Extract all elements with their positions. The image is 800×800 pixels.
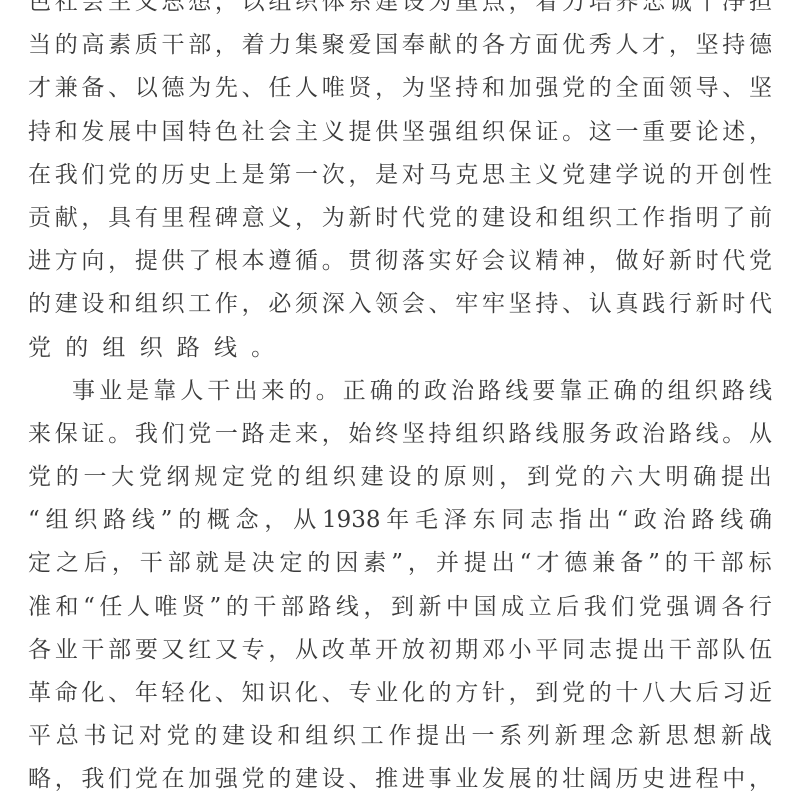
glyph: ， (749, 758, 772, 800)
glyph: 对 (139, 715, 162, 758)
glyph: 保 (55, 413, 78, 456)
glyph: 做 (615, 240, 638, 283)
glyph: 平 (28, 715, 51, 758)
glyph: 则 (472, 456, 495, 499)
glyph: 专 (348, 672, 371, 715)
glyph: 。 (322, 240, 345, 283)
glyph: 路 (722, 370, 745, 413)
glyph: 同 (501, 499, 524, 542)
glyph: 和 (277, 715, 300, 758)
glyph: 略 (28, 758, 51, 800)
glyph: 部 (188, 24, 211, 67)
glyph: 化 (295, 672, 318, 715)
glyph: 党 (639, 586, 662, 629)
glyph: 党 (28, 327, 65, 370)
glyph: 坚 (749, 67, 772, 110)
glyph: 八 (642, 672, 665, 715)
glyph: 理 (582, 715, 605, 758)
glyph: 平 (535, 629, 558, 672)
glyph: 轻 (162, 672, 185, 715)
glyph: 干 (162, 24, 185, 67)
glyph: 组 (668, 370, 691, 413)
glyph: 性 (749, 154, 772, 197)
glyph: 部 (696, 629, 719, 672)
glyph: 国 (375, 24, 398, 67)
glyph: 素 (108, 24, 131, 67)
glyph: 、 (215, 672, 238, 715)
glyph: 我 (55, 154, 78, 197)
glyph: 路 (691, 499, 714, 542)
glyph: 德 (162, 67, 185, 110)
glyph: 期 (455, 629, 478, 672)
glyph: ， (322, 413, 345, 456)
glyph: 建 (482, 197, 505, 240)
glyph: 干 (696, 0, 719, 24)
glyph: 德 (749, 24, 772, 67)
glyph: 系 (348, 0, 371, 24)
glyph: 党 (28, 456, 51, 499)
glyph: 前 (749, 197, 772, 240)
glyph: 来 (295, 413, 318, 456)
glyph: 强 (215, 758, 238, 800)
glyph: 持 (535, 283, 558, 326)
glyph: 识 (268, 672, 291, 715)
glyph: 聚 (322, 24, 345, 67)
glyph: 人 (295, 67, 318, 110)
glyph: 确 (749, 499, 772, 542)
text-line: 色社会主义思想，以组织体系建设为重点，着力培养忠诚干净担 (28, 0, 772, 24)
glyph: 的 (226, 586, 249, 629)
glyph: 化 (81, 672, 104, 715)
glyph: 史 (188, 154, 211, 197)
glyph: 好 (455, 240, 478, 283)
glyph: 从 (295, 629, 318, 672)
glyph: 建 (589, 154, 612, 197)
glyph: 碑 (215, 197, 238, 240)
glyph: 展 (509, 758, 532, 800)
glyph: 党 (749, 240, 772, 283)
glyph: 务 (589, 413, 612, 456)
text-line-paragraph-end: 党的组织路线。 (28, 327, 772, 370)
glyph: 社 (242, 111, 265, 154)
glyph: 我 (135, 413, 158, 456)
glyph: “ (83, 586, 95, 629)
glyph: 供 (162, 240, 185, 283)
glyph: 路 (478, 370, 501, 413)
glyph: 一 (472, 715, 495, 758)
text-line: 才兼备、以德为先、任人唯贤，为坚持和加强党的全面领导、坚 (28, 67, 772, 110)
glyph: 保 (509, 111, 532, 154)
glyph: 设 (322, 758, 345, 800)
glyph: 干 (140, 542, 163, 585)
glyph: 是 (224, 542, 247, 585)
glyph: 了 (722, 197, 745, 240)
glyph: 第 (268, 154, 291, 197)
glyph: ， (363, 586, 386, 629)
glyph: ， (242, 283, 265, 326)
glyph: 点 (482, 0, 505, 24)
glyph: 织 (333, 456, 356, 499)
text-line: 革命化、年轻化、知识化、专业化的方针，到党的十八大后习近 (28, 672, 772, 715)
glyph: ， (55, 758, 78, 800)
glyph: 在 (162, 758, 185, 800)
glyph: 的 (277, 456, 300, 499)
glyph: 行 (749, 586, 772, 629)
glyph: 大 (111, 456, 134, 499)
glyph: 发 (81, 111, 104, 154)
text-line: “组织路线”的概念，从1938年毛泽东同志指出“政治路线确 (28, 499, 772, 542)
glyph: 唯 (322, 67, 345, 110)
glyph: 泽 (444, 499, 467, 542)
glyph: 忠 (642, 0, 665, 24)
glyph: 记 (111, 715, 134, 758)
glyph: 列 (527, 715, 550, 758)
glyph: 组 (305, 715, 328, 758)
glyph: 党 (555, 456, 578, 499)
glyph: 线 (132, 499, 155, 542)
glyph: 重 (455, 0, 478, 24)
glyph: 会 (268, 111, 291, 154)
glyph: 贤 (348, 67, 371, 110)
glyph: 的 (194, 715, 217, 758)
glyph: 织 (162, 283, 185, 326)
glyph: 想 (188, 0, 211, 24)
glyph: 和 (108, 283, 131, 326)
glyph: 面 (642, 67, 665, 110)
glyph: 里 (162, 197, 185, 240)
glyph: 指 (669, 197, 692, 240)
glyph: ， (509, 0, 532, 24)
text-line: 在我们党的历史上是第一次，是对马克思主义党建学说的开创性 (28, 154, 772, 197)
glyph: 部 (721, 542, 744, 585)
glyph: 志 (530, 499, 553, 542)
glyph: 的 (669, 154, 692, 197)
glyph: 养 (615, 0, 638, 24)
glyph: 唯 (154, 586, 177, 629)
glyph: 工 (188, 283, 211, 326)
glyph: 建 (295, 758, 318, 800)
glyph: 出 (588, 499, 611, 542)
glyph: 路 (669, 413, 692, 456)
glyph: 伍 (749, 629, 772, 672)
glyph: 我 (81, 758, 104, 800)
glyph: 人 (180, 370, 203, 413)
glyph: 织 (140, 327, 177, 370)
glyph: 根 (215, 240, 238, 283)
glyph: “ (520, 542, 532, 585)
glyph: 史 (642, 758, 665, 800)
glyph: 织 (482, 413, 505, 456)
glyph: 德 (564, 542, 587, 585)
glyph: ， (375, 67, 398, 110)
glyph: 设 (250, 715, 273, 758)
glyph: ， (295, 197, 318, 240)
glyph: 的 (535, 758, 558, 800)
glyph: 政 (424, 370, 447, 413)
glyph: 集 (295, 24, 318, 67)
glyph: ” (648, 542, 660, 585)
glyph: 的 (307, 542, 330, 585)
glyph: 、 (348, 758, 371, 800)
glyph: 组 (562, 197, 585, 240)
glyph: 方 (509, 24, 532, 67)
glyph: 党 (108, 154, 131, 197)
glyph: 秀 (589, 24, 612, 67)
glyph: ， (112, 542, 135, 585)
glyph: 靠 (559, 370, 582, 413)
glyph: 行 (669, 283, 692, 326)
glyph: 践 (642, 283, 665, 326)
glyph: 毛 (415, 499, 438, 542)
text-line: 贡献，具有里程碑意义，为新时代党的建设和组织工作指明了前 (28, 197, 772, 240)
glyph: 为 (429, 0, 452, 24)
glyph: 初 (429, 629, 452, 672)
glyph: 大 (669, 672, 692, 715)
glyph: 会 (402, 283, 425, 326)
glyph: 和 (56, 586, 79, 629)
glyph: 开 (696, 154, 719, 197)
glyph: 的 (641, 370, 664, 413)
glyph: 线 (505, 370, 528, 413)
glyph: 要 (532, 370, 555, 413)
glyph: 进 (28, 240, 51, 283)
glyph: 义 (268, 197, 291, 240)
glyph: “ (616, 499, 628, 542)
glyph: 说 (642, 154, 665, 197)
glyph: 任 (99, 586, 122, 629)
glyph: 提 (348, 111, 371, 154)
glyph: 党 (562, 67, 585, 110)
glyph: 治 (642, 413, 665, 456)
glyph: 素 (363, 542, 386, 585)
glyph: 。 (562, 111, 585, 154)
glyph: 进 (669, 758, 692, 800)
glyph: 到 (535, 672, 558, 715)
glyph: 色 (28, 0, 51, 24)
glyph: 领 (669, 67, 692, 110)
glyph: 东 (473, 499, 496, 542)
glyph: 党 (135, 758, 158, 800)
glyph: 路 (242, 413, 265, 456)
glyph: 之 (56, 542, 79, 585)
glyph: 线 (749, 370, 772, 413)
glyph: 进 (402, 758, 425, 800)
glyph: 加 (509, 67, 532, 110)
glyph: ” (161, 499, 173, 542)
glyph: 年 (135, 672, 158, 715)
glyph: 社 (55, 0, 78, 24)
glyph: 贯 (348, 240, 371, 283)
glyph: 新 (555, 715, 578, 758)
glyph: 这 (589, 111, 612, 154)
glyph: 决 (252, 542, 275, 585)
glyph: 事 (72, 370, 95, 413)
glyph: 化 (402, 672, 425, 715)
glyph: 我 (584, 586, 607, 629)
glyph: 的 (589, 672, 612, 715)
glyph: 服 (562, 413, 585, 456)
glyph: 坚 (402, 413, 425, 456)
glyph: 的 (416, 456, 439, 499)
glyph: 意 (242, 197, 265, 240)
glyph: 提 (416, 715, 439, 758)
text-line-paragraph-start: 事业是靠人干出来的。正确的政治路线要靠正确的组织路线 (28, 370, 772, 413)
glyph: 代 (749, 283, 772, 326)
glyph: 议 (509, 240, 532, 283)
document-page: 色社会主义思想，以组织体系建设为重点，着力培养忠诚干净担 当的高素质干部，着力集… (0, 0, 800, 800)
glyph: 革 (348, 629, 371, 672)
glyph: ， (81, 197, 104, 240)
glyph: 新 (696, 283, 719, 326)
glyph: 精 (535, 240, 558, 283)
glyph: 主 (509, 154, 532, 197)
glyph: 小 (509, 629, 532, 672)
glyph: 论 (696, 111, 719, 154)
glyph: 改 (322, 629, 345, 672)
glyph: 重 (642, 111, 665, 154)
glyph: 走 (268, 413, 291, 456)
glyph: 干 (81, 629, 104, 672)
glyph: 工 (615, 197, 638, 240)
glyph: 历 (615, 758, 638, 800)
glyph: 思 (162, 0, 185, 24)
glyph: 强 (535, 67, 558, 110)
glyph: 并 (436, 542, 459, 585)
glyph: 定 (279, 542, 302, 585)
glyph: 路 (103, 499, 126, 542)
glyph: 国 (474, 586, 497, 629)
glyph: ” (209, 586, 221, 629)
glyph: 质 (135, 24, 158, 67)
glyph: 干 (669, 629, 692, 672)
glyph: 设 (81, 283, 104, 326)
glyph: 干 (693, 542, 716, 585)
glyph: 、 (242, 67, 265, 110)
glyph: 线 (720, 499, 743, 542)
text-line: 当的高素质干部，着力集聚爱国奉献的各方面优秀人才，坚持德 (28, 24, 772, 67)
glyph: 时 (722, 283, 745, 326)
glyph: 遵 (268, 240, 291, 283)
glyph: 革 (28, 672, 51, 715)
glyph: ， (509, 672, 532, 715)
glyph: 业 (55, 629, 78, 672)
glyph: 向 (81, 240, 104, 283)
glyph: 后 (696, 672, 719, 715)
glyph: 了 (188, 240, 211, 283)
glyph: 志 (589, 629, 612, 672)
glyph: 次 (322, 154, 345, 197)
glyph: 提 (464, 542, 487, 585)
glyph: 路 (509, 413, 532, 456)
glyph: 们 (108, 758, 131, 800)
glyph: ， (408, 542, 431, 585)
glyph: 思 (482, 154, 505, 197)
glyph: 人 (615, 24, 638, 67)
glyph: 证 (535, 111, 558, 154)
glyph: 到 (391, 586, 414, 629)
glyph: 党 (242, 758, 265, 800)
glyph: 人 (127, 586, 150, 629)
glyph: 义 (535, 154, 558, 197)
glyph: 业 (455, 758, 478, 800)
glyph: 组 (46, 499, 69, 542)
glyph: 须 (295, 283, 318, 326)
glyph: 。 (722, 413, 745, 456)
glyph: 想 (693, 715, 716, 758)
glyph: 从 (293, 499, 316, 542)
glyph: 又 (215, 629, 238, 672)
glyph: 着 (535, 0, 558, 24)
glyph: 中 (446, 586, 469, 629)
glyph: 的 (289, 370, 312, 413)
glyph: 供 (375, 111, 398, 154)
glyph: 组 (455, 111, 478, 154)
glyph: 循 (295, 240, 318, 283)
glyph: 路 (177, 327, 214, 370)
glyph: 建 (55, 283, 78, 326)
glyph: 的 (56, 456, 79, 499)
glyph: 程 (696, 758, 719, 800)
glyph: 献 (55, 197, 78, 240)
glyph: 的 (178, 499, 201, 542)
text-line: 略，我们党在加强党的建设、推进事业发展的壮阔历史进程中， (28, 758, 772, 800)
glyph: ， (669, 24, 692, 67)
glyph: 落 (402, 240, 425, 283)
glyph: 和 (535, 197, 558, 240)
glyph: 的 (582, 456, 605, 499)
glyph: 标 (749, 542, 772, 585)
glyph: ， (215, 24, 238, 67)
glyph: 力 (562, 0, 585, 24)
glyph: 治 (663, 499, 686, 542)
glyph: 从 (749, 413, 772, 456)
glyph: 色 (215, 111, 238, 154)
glyph: 全 (615, 67, 638, 110)
glyph: “ (28, 499, 40, 542)
glyph: 后 (556, 586, 579, 629)
glyph: 的 (665, 542, 688, 585)
glyph: 培 (589, 0, 612, 24)
glyph: 坚 (696, 24, 719, 67)
glyph: 十 (615, 672, 638, 715)
glyph: 设 (402, 0, 425, 24)
glyph: 知 (242, 672, 265, 715)
glyph: 时 (375, 197, 398, 240)
glyph: 思 (666, 715, 689, 758)
text-line: 来保证。我们党一路走来，始终坚持组织路线服务政治路线。从 (28, 413, 772, 456)
glyph: 一 (215, 413, 238, 456)
glyph: 要 (135, 629, 158, 672)
glyph: 政 (615, 413, 638, 456)
glyph: 会 (482, 240, 505, 283)
glyph: 总 (56, 715, 79, 758)
glyph: 先 (215, 67, 238, 110)
glyph: 体 (322, 0, 345, 24)
glyph: 、 (429, 283, 452, 326)
glyph: 为 (188, 67, 211, 110)
glyph: 持 (429, 413, 452, 456)
glyph: 建 (222, 715, 245, 758)
glyph: 具 (108, 197, 131, 240)
glyph: 领 (375, 283, 398, 326)
glyph: 学 (615, 154, 638, 197)
glyph: 在 (28, 154, 51, 197)
glyph: 坚 (402, 111, 425, 154)
glyph: 作 (388, 715, 411, 758)
glyph: 又 (162, 629, 185, 672)
glyph: 干 (207, 370, 230, 413)
glyph: 出 (444, 715, 467, 758)
